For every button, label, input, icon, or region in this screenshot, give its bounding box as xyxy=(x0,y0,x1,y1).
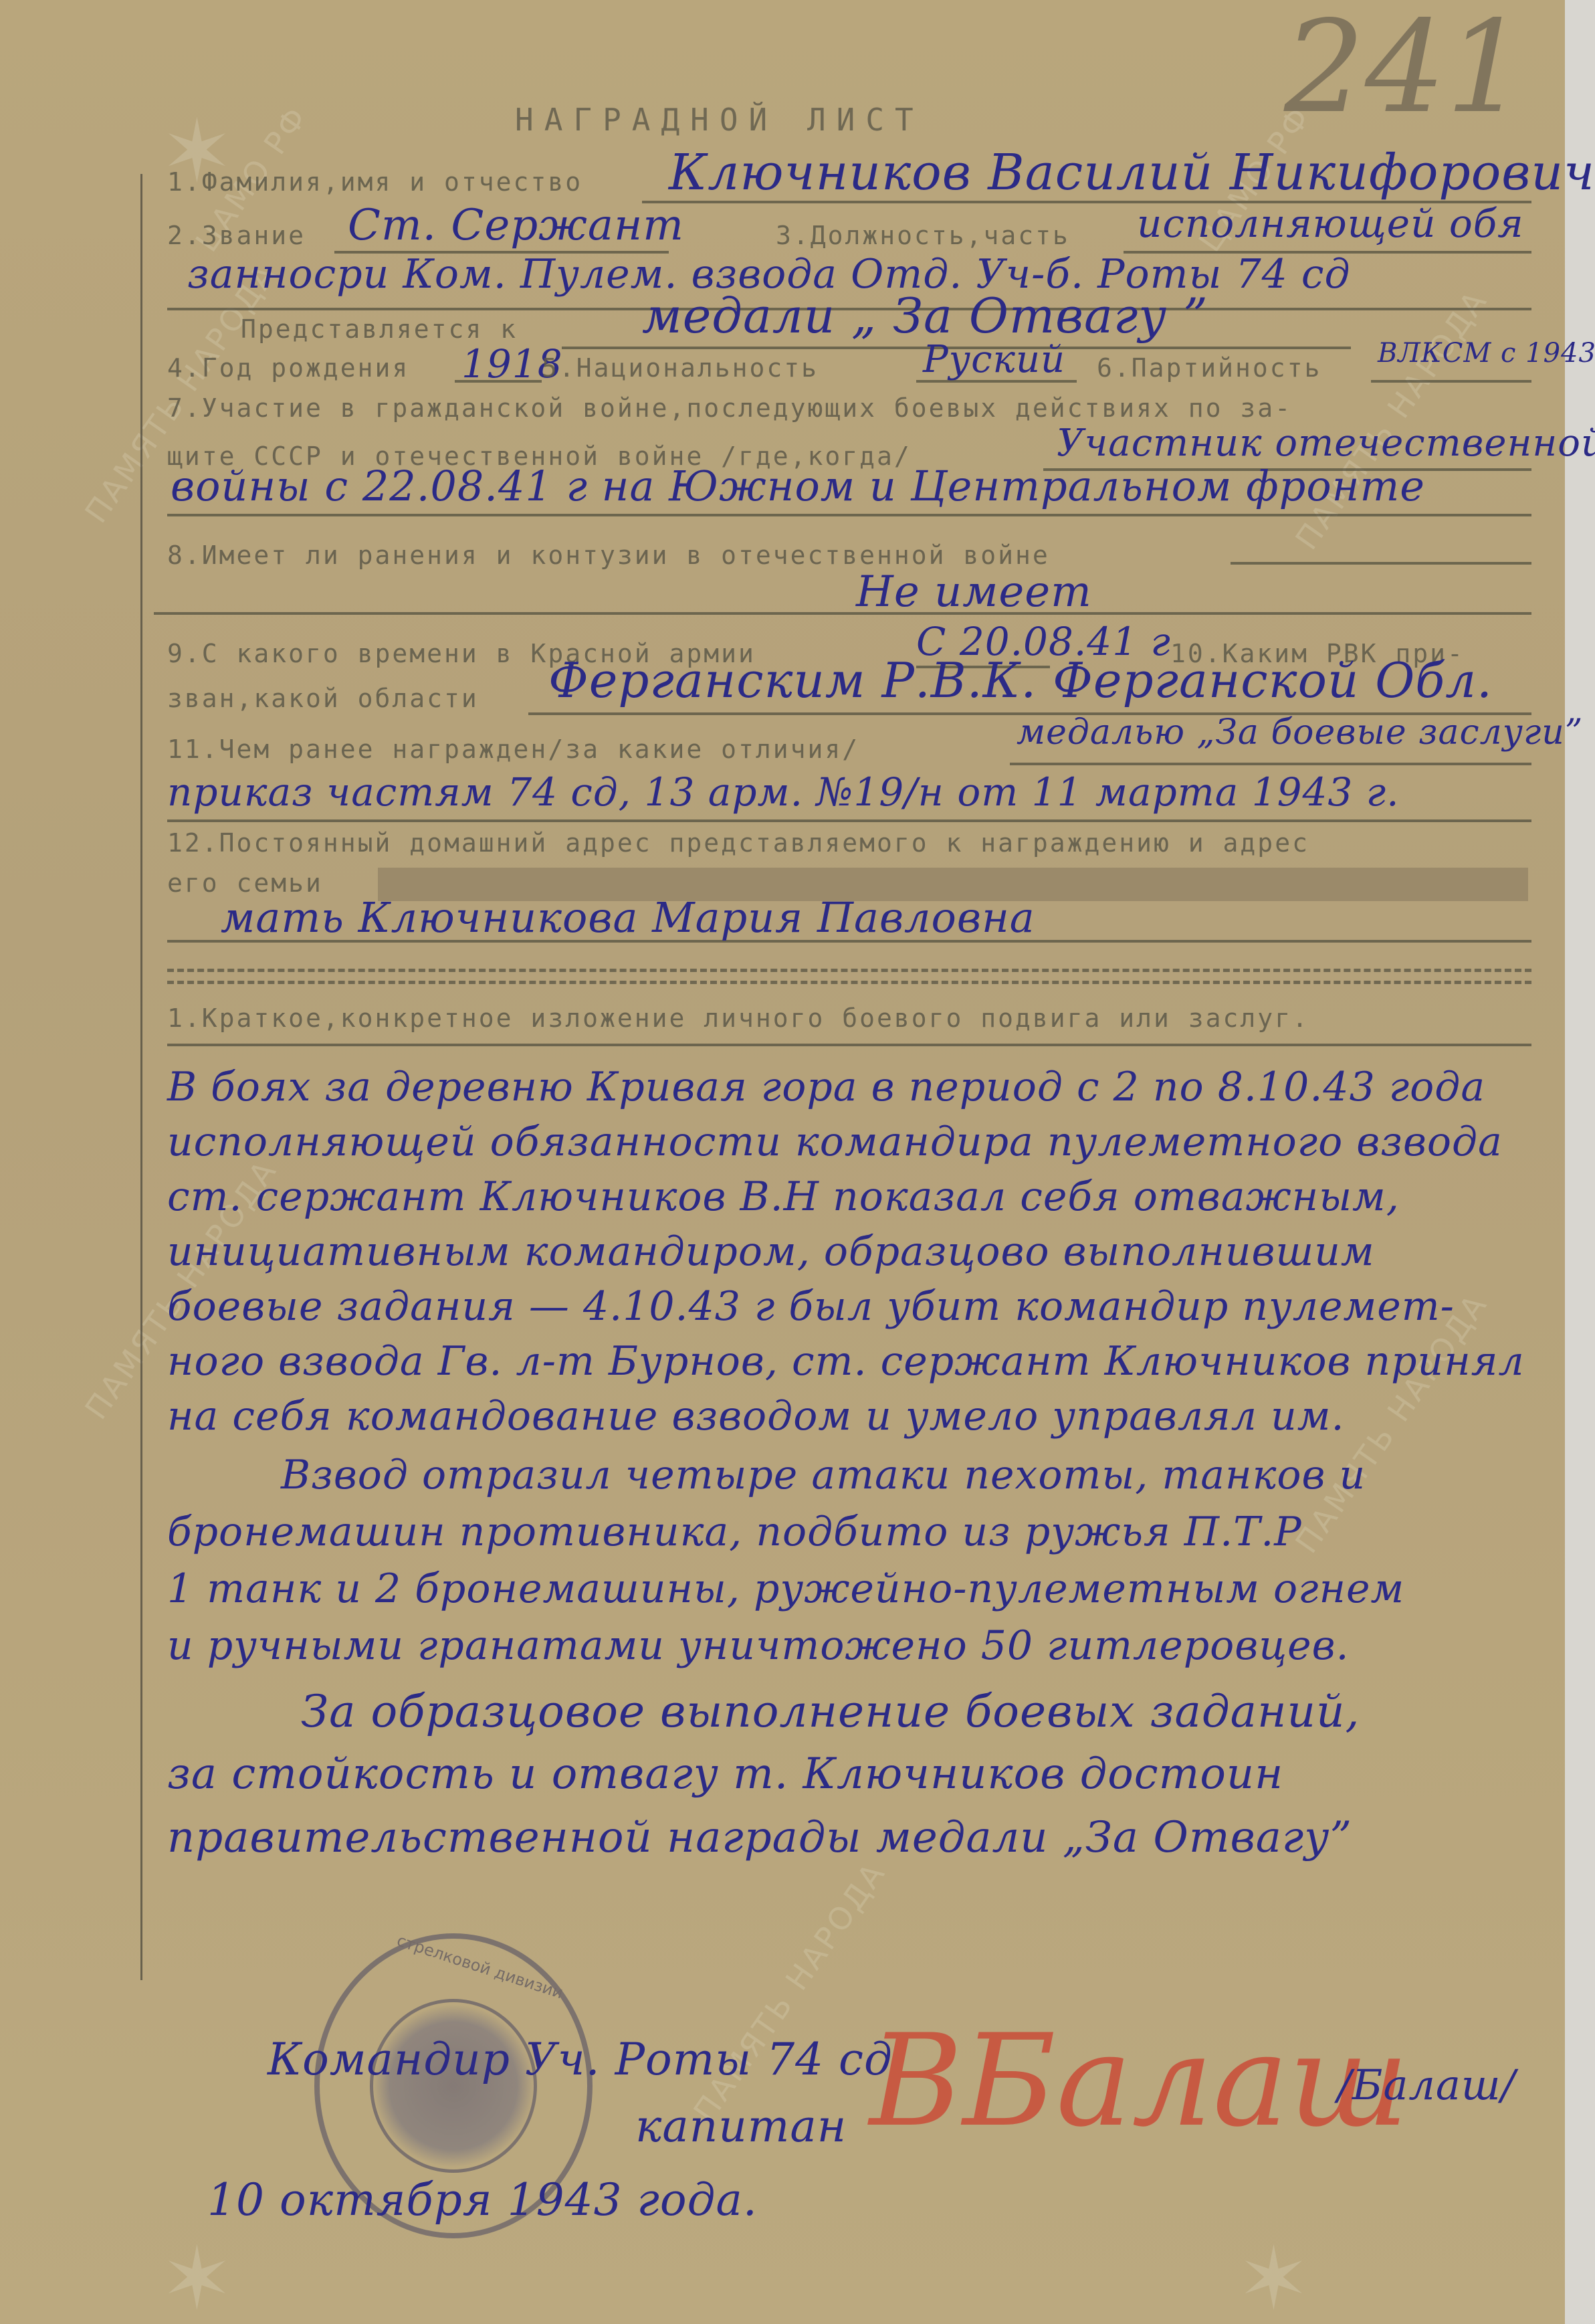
document-title: НАГРАДНОЙ ЛИСТ xyxy=(515,102,924,138)
field-wounds-value: Не имеет xyxy=(856,567,1092,617)
narrative-line: инициативным командиром, образцово выпол… xyxy=(167,1228,1375,1275)
narrative-line: бронемашин противника, подбито из ружья … xyxy=(167,1509,1302,1555)
field-draft-office-value: Ферганским Р.В.К. Ферганской Обл. xyxy=(548,652,1493,708)
field-birth-year-label: 4.Год рождения xyxy=(167,353,409,383)
field-party-value: ВЛКСМ с 1943 xyxy=(1378,338,1595,369)
coat-of-arms-emblem xyxy=(370,1999,537,2173)
field-war-participation-value-2: войны с 22.08.41 г на Южном и Центрально… xyxy=(171,462,1425,510)
field-rank-label: 2.Звание xyxy=(167,221,306,250)
narrative-line: на себя командование взводом и умело упр… xyxy=(167,1393,1345,1440)
narrative-line: и ручными гранатами уничтожено 50 гитлер… xyxy=(167,1622,1350,1669)
margin-line xyxy=(140,174,142,1980)
field-name-value: Ключников Василий Никифорович xyxy=(669,144,1595,201)
watermark-star-icon: ✶ xyxy=(161,2228,233,2324)
underline xyxy=(154,612,1531,615)
nominated-award-value: медали „ За Отвагу ” xyxy=(642,288,1208,344)
double-separator xyxy=(167,981,1531,984)
field-wounds-label: 8.Имеет ли ранения и контузии в отечеств… xyxy=(167,541,1050,570)
field-prior-awards-value-1: медалью „За боевые заслуги” xyxy=(1017,712,1583,753)
nominated-label: Представляется к xyxy=(241,314,518,344)
field-draft-office-label-2: зван,какой области xyxy=(167,684,479,713)
archive-folio-number: 241 xyxy=(1284,0,1527,141)
narrative-line: за стойкость и отвагу т. Ключников досто… xyxy=(167,1749,1283,1799)
narrative-line: боевые задания — 4.10.43 г был убит кома… xyxy=(167,1283,1455,1330)
handwritten-signature: ВБалаш xyxy=(869,2007,1409,2155)
field-party-label: 6.Партийность xyxy=(1097,353,1321,383)
narrative-line: За образцовое выполнение боевых заданий, xyxy=(301,1686,1360,1737)
narrative-line: 1 танк и 2 бронемашины, ружейно-пулеметн… xyxy=(167,1565,1404,1612)
field-rank-value: Ст. Сержант xyxy=(348,201,684,250)
watermark-star-icon: ✶ xyxy=(1237,2228,1310,2324)
narrative-line: В боях за деревню Кривая гора в период с… xyxy=(167,1064,1485,1110)
underline xyxy=(167,819,1531,822)
narrative-line: исполняющей обязанности командира пулеме… xyxy=(167,1119,1503,1165)
narrative-line: Взвод отразил четыре атаки пехоты, танко… xyxy=(281,1452,1366,1498)
signer-title: Командир Уч. Роты 74 сд xyxy=(268,2034,893,2085)
field-war-participation-label-1: 7.Участие в гражданской войне,последующи… xyxy=(167,393,1292,423)
underline xyxy=(167,514,1531,516)
narrative-line: правительственной награды медали „За Отв… xyxy=(167,1813,1352,1862)
feat-section-label: 1.Краткое,конкретное изложение личного б… xyxy=(167,1003,1309,1033)
field-name-label: 1.Фамилия,имя и отчество xyxy=(167,167,582,197)
field-position-value-1: исполняющей обя xyxy=(1137,201,1524,246)
field-position-label: 3.Должность,часть xyxy=(776,221,1070,250)
field-prior-awards-value-2: приказ частям 74 сд, 13 арм. №19/н от 11… xyxy=(167,769,1400,815)
signer-rank: капитан xyxy=(635,2101,847,2152)
double-separator xyxy=(167,969,1531,972)
field-address-value: мать Ключникова Мария Павловна xyxy=(221,893,1035,942)
signature-date: 10 октября 1943 года. xyxy=(207,2174,758,2226)
field-prior-awards-label: 11.Чем ранее награжден/за какие отличия/ xyxy=(167,735,859,764)
underline xyxy=(1010,763,1531,765)
signer-name: /Балаш/ xyxy=(1338,2060,1515,2109)
field-war-participation-value-1: Участник отечественной xyxy=(1057,421,1595,465)
narrative-line: ного взвода Гв. л-т Бурнов, ст. сержант … xyxy=(167,1338,1525,1385)
field-nationality-value: Руский xyxy=(923,338,1065,381)
underline xyxy=(167,1044,1531,1046)
underline xyxy=(1371,380,1531,383)
field-address-label-1: 12.Постоянный домашний адрес представляе… xyxy=(167,828,1309,858)
field-nationality-label: 5.Национальность xyxy=(542,353,819,383)
underline xyxy=(1231,562,1531,565)
narrative-line: ст. сержант Ключников В.Н показал себя о… xyxy=(167,1173,1400,1220)
